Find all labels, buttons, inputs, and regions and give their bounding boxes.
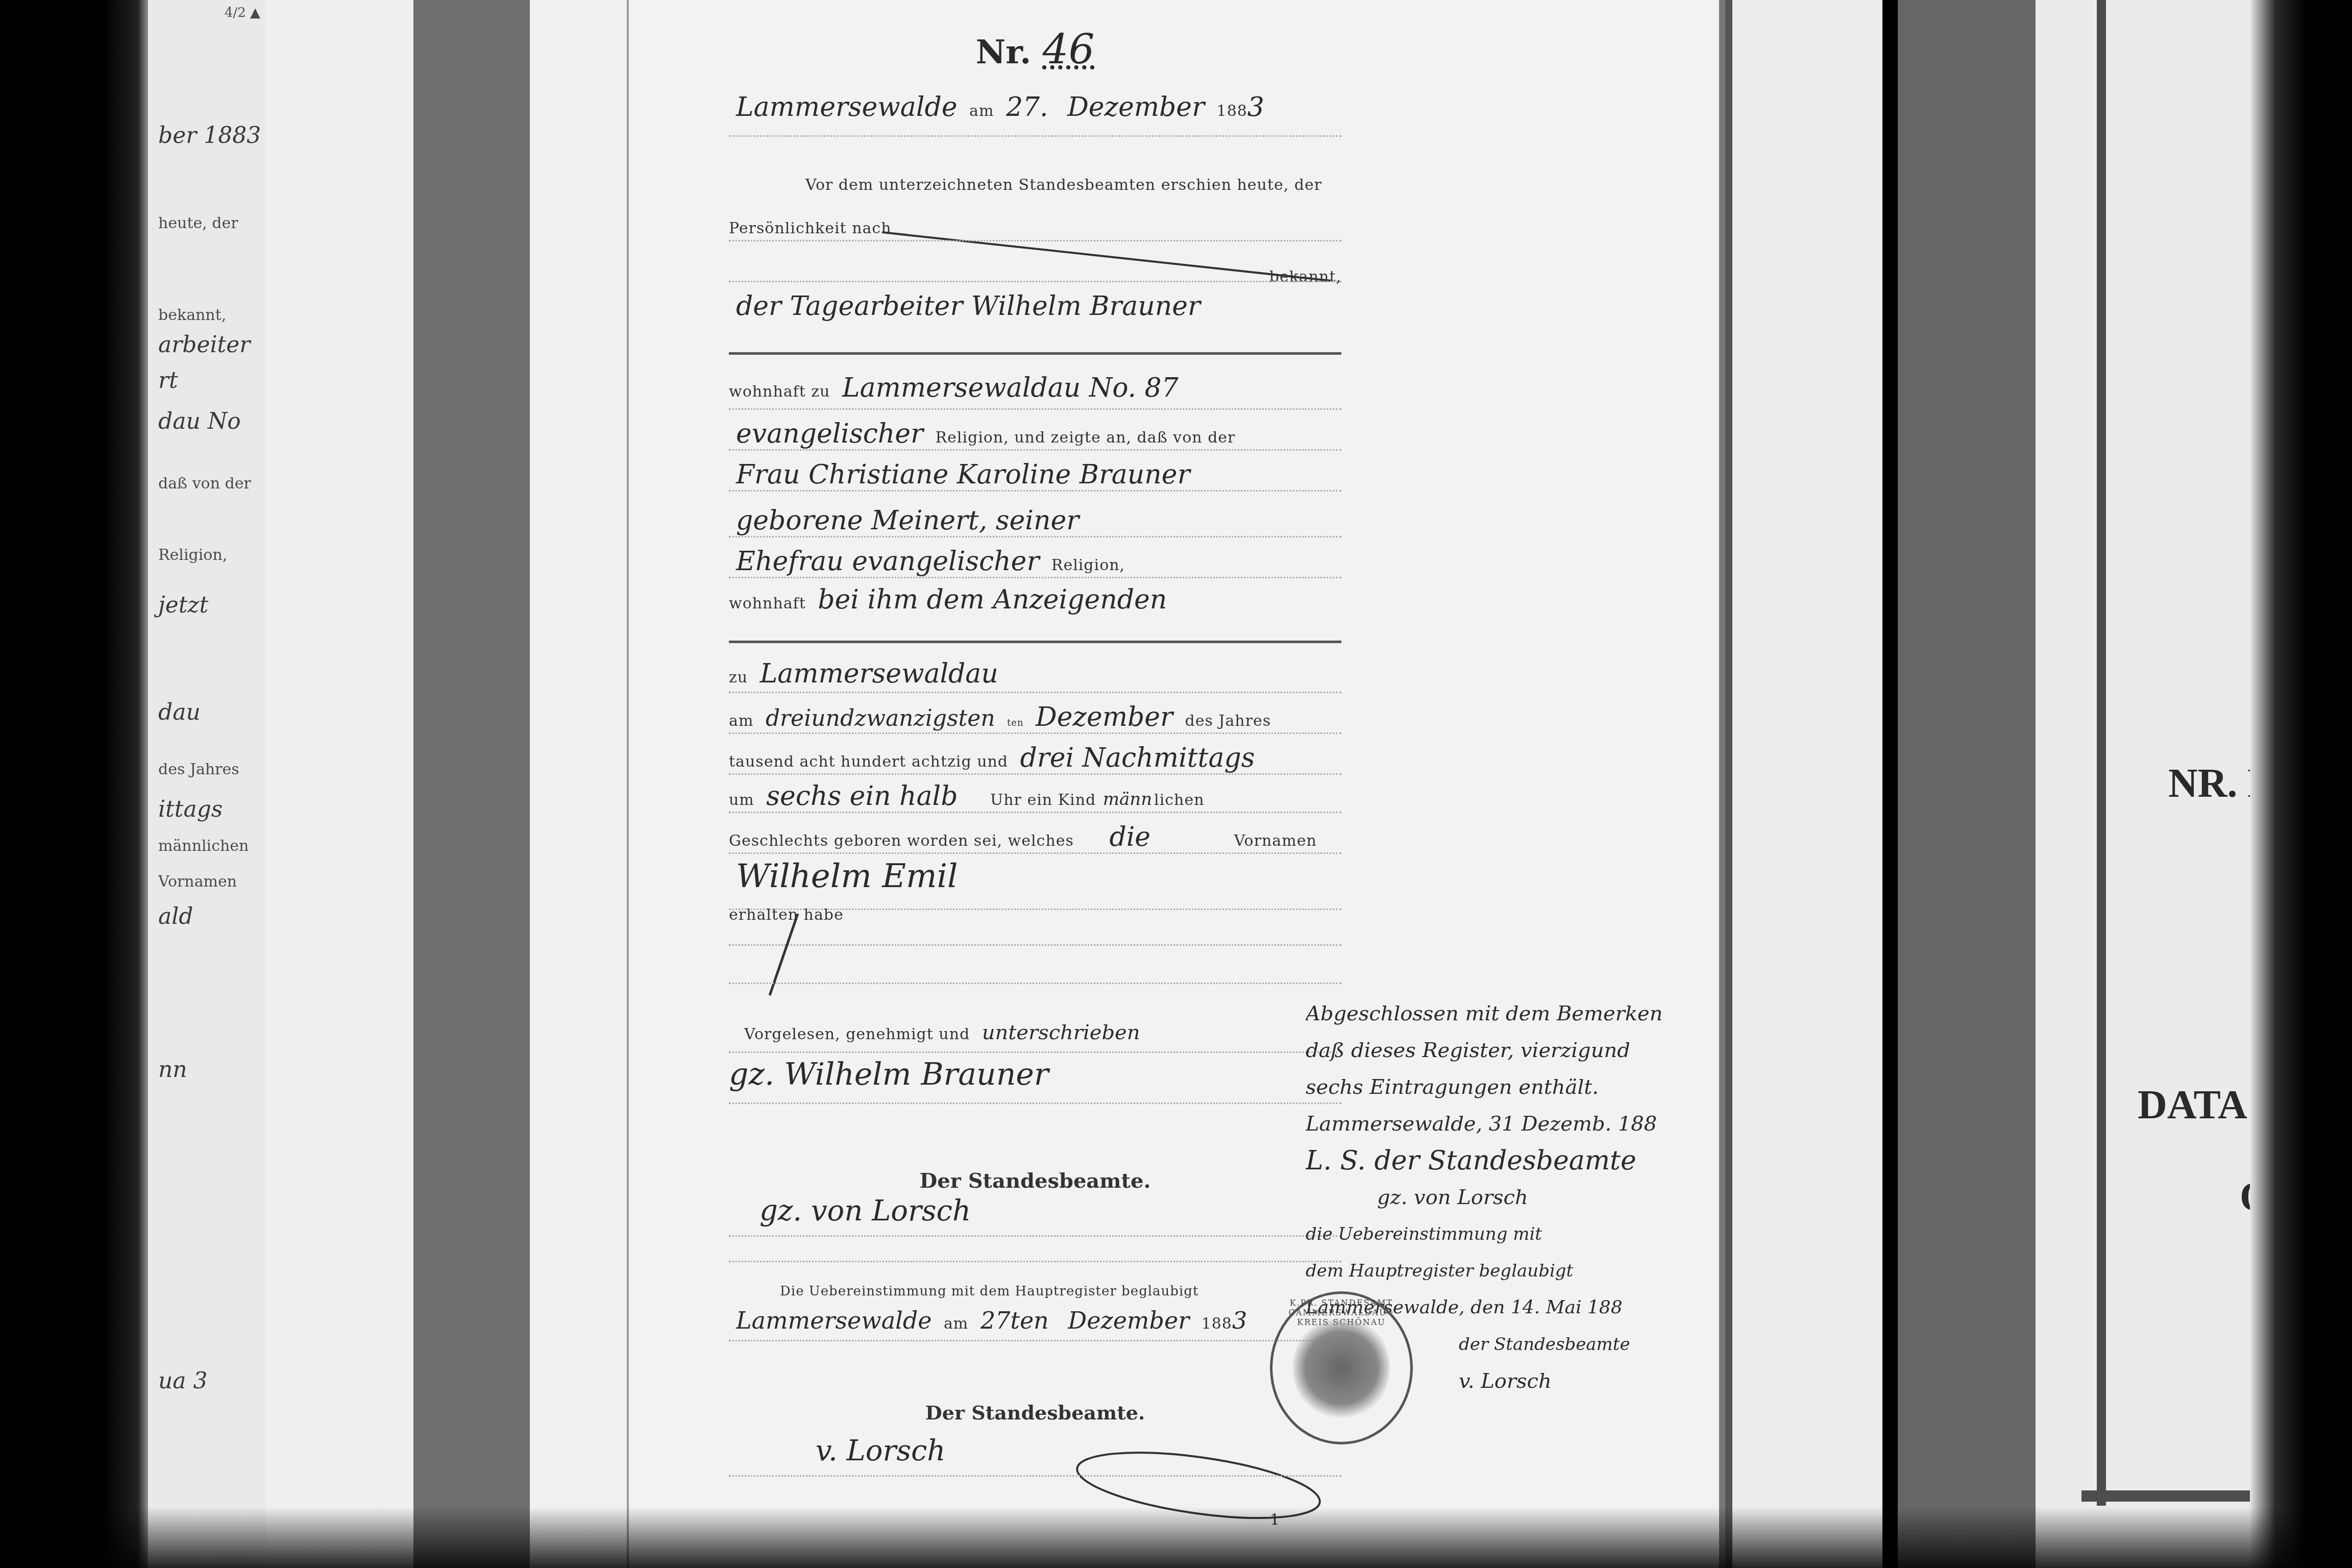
intro-text: Vor dem unterzeichneten Standesbeamten e… xyxy=(805,176,1322,194)
left-page-text-fragment: heute, der xyxy=(158,214,238,232)
dotted-rule xyxy=(729,1235,1341,1237)
blank-slash-mark xyxy=(765,914,805,1000)
dotted-rule xyxy=(729,536,1341,537)
mother-maiden-name: geborene Meinert, seiner xyxy=(736,505,1079,536)
birthplace-line: zu Lammersewaldau xyxy=(729,658,1341,689)
birth-time: sechs ein halb xyxy=(766,781,958,812)
eagle-seal-icon xyxy=(1293,1314,1390,1422)
dotted-rule xyxy=(729,577,1341,578)
birthplace-label: zu xyxy=(729,669,748,687)
dotted-rule xyxy=(729,773,1341,775)
left-page-text-fragment: dau No xyxy=(158,408,241,434)
sex-line-text: Geschlechts geboren worden sei, welches xyxy=(729,832,1074,850)
dotted-rule xyxy=(729,281,1341,282)
left-page-text-fragment: bekannt, xyxy=(158,306,226,324)
form-heading-nr: NR. M xyxy=(2168,761,2260,807)
dotted-rule xyxy=(729,852,1341,854)
birth-year-time-of-day: drei Nachmittags xyxy=(1020,743,1255,773)
time-text: Uhr ein Kind xyxy=(990,791,1096,809)
dotted-rule xyxy=(729,1051,1341,1053)
birthplace: Lammersewaldau xyxy=(760,658,998,689)
read-approved-label: Vorgelesen, genehmigt und xyxy=(744,1025,970,1043)
certification-month: Dezember xyxy=(1068,1307,1189,1334)
left-page-text-fragment: Vornamen xyxy=(158,873,237,891)
binding-shadow-band-right xyxy=(1898,0,2036,1568)
birth-month: Dezember xyxy=(1036,702,1173,732)
year-suffix: 3 xyxy=(1247,92,1264,122)
left-page-text-fragment: daß von der xyxy=(158,475,251,493)
cert-place-date-line: Lammersewalde am 27ten Dezember 1883 xyxy=(729,1307,1341,1334)
dotted-rule xyxy=(729,408,1341,410)
form-frame-vertical xyxy=(2097,0,2106,1506)
left-page-text-fragment: Religion, xyxy=(158,546,227,564)
dotted-rule xyxy=(729,490,1341,492)
page-gap-strip xyxy=(530,0,627,1568)
residence-2-label: wohnhaft xyxy=(729,595,806,612)
mother-residence: bei ihm dem Anzeigenden xyxy=(818,584,1167,615)
year-prefix: 188 xyxy=(1217,102,1247,120)
left-page-text-fragment: dau xyxy=(158,699,201,725)
margin-note-line: gz. von Lorsch xyxy=(1306,1179,1745,1216)
intro-line: Vor dem unterzeichneten Standesbeamten e… xyxy=(729,176,1418,194)
registrar-title-2: Der Standesbeamte. xyxy=(729,1401,1341,1424)
registration-day: 27. xyxy=(1006,92,1048,122)
names-label: Vornamen xyxy=(1234,832,1317,850)
section-rule xyxy=(729,352,1341,355)
entry-number-label: Nr. xyxy=(976,33,1032,71)
time-label: um xyxy=(729,791,754,809)
margin-note-line: die Uebereinstimmung mit xyxy=(1306,1216,1745,1253)
signed-word: unterschrieben xyxy=(982,1021,1140,1044)
official-seal-stamp: K.PR. STANDESAMT CAMMERSWALDAU · KREIS S… xyxy=(1270,1291,1413,1444)
dotted-rule xyxy=(729,1102,1341,1104)
left-page-text-fragment: rt xyxy=(158,367,178,394)
page-left-edge xyxy=(627,0,629,1568)
registrar-title: Der Standesbeamte. xyxy=(729,1169,1341,1193)
film-edge-left xyxy=(0,0,153,1568)
label-am: am xyxy=(969,102,994,120)
birth-register-page: Nr. 46 Lammersewalde am 27. Dezember 188… xyxy=(627,0,1729,1568)
informant-religion: evangelischer xyxy=(736,419,923,449)
entry-number: Nr. 46 xyxy=(729,26,1341,73)
child-names-line: Wilhelm Emil xyxy=(729,857,1341,895)
left-page-text-fragment: nn xyxy=(158,1057,187,1083)
margin-note-line: L. S. der Standesbeamte xyxy=(1306,1142,1745,1179)
child-sex: männ xyxy=(1103,789,1152,810)
mother-line-3: Ehefrau evangelischer Religion, xyxy=(729,546,1341,577)
dotted-rule xyxy=(729,732,1341,734)
left-page-text-fragment: arbeiter xyxy=(158,332,250,358)
identity-text: Persönlichkeit nach xyxy=(729,219,891,237)
certification-text: Die Uebereinstimmung mit dem Hauptregist… xyxy=(780,1284,1198,1299)
residence-2-line: wohnhaft bei ihm dem Anzeigenden xyxy=(729,584,1341,615)
film-edge-bottom xyxy=(0,1507,2352,1568)
registration-place: Lammersewalde xyxy=(736,92,957,122)
religion-label: Religion, xyxy=(1051,556,1125,574)
religion-text: Religion, und zeigte an, daß von der xyxy=(935,429,1235,447)
year-label: des Jahres xyxy=(1185,712,1271,730)
dotted-rule xyxy=(729,1340,1341,1341)
left-page-text-fragment: ber 1883 xyxy=(158,122,261,149)
left-page-text-fragment: ua 3 xyxy=(158,1368,208,1394)
film-edge-right xyxy=(2250,0,2352,1568)
place-date-line: Lammersewalde am 27. Dezember 1883 xyxy=(729,92,1341,122)
left-page-text-fragment: männlichen xyxy=(158,837,249,855)
left-page-text-fragment: jetzt xyxy=(158,592,208,618)
left-page-fragment: 4/2 ▲ ber 1883heute, derbekannt,arbeiter… xyxy=(148,0,265,1568)
dotted-rule xyxy=(729,449,1341,451)
margin-note-line: dem Hauptregister beglaubigt xyxy=(1306,1253,1745,1289)
form-heading-data: DATA W xyxy=(2138,1082,2260,1129)
birth-time-line: um sechs ein halb Uhr ein Kind männliche… xyxy=(729,781,1341,812)
certification-line: Die Uebereinstimmung mit dem Hauptregist… xyxy=(729,1284,1392,1299)
registrar-signature: gz. von Lorsch xyxy=(759,1194,971,1228)
identity-end-line: bekannt, xyxy=(729,268,1341,286)
birthdate-line: am dreiundzwanzigsten ten Dezember des J… xyxy=(729,702,1341,732)
page-gap-strip xyxy=(1729,0,1882,1568)
margin-note-line: Abgeschlossen mit dem Bemerken xyxy=(1306,995,1745,1032)
informant-name: der Tagearbeiter Wilhelm Brauner xyxy=(736,291,1200,322)
dotted-rule xyxy=(729,692,1341,693)
margin-note-line: daß dieses Register, vierzigund xyxy=(1306,1032,1745,1069)
religion-line: evangelischer Religion, und zeigte an, d… xyxy=(729,419,1341,449)
page-gap-strip xyxy=(265,0,413,1568)
right-page-form: NR. M DATA W O A O xyxy=(2036,0,2260,1568)
dotted-rule xyxy=(729,983,1341,984)
margin-note-line: sechs Eintragungen enthält. xyxy=(1306,1069,1745,1106)
birth-day: dreiundzwanzigsten xyxy=(766,705,995,731)
ordinal-suffix: ten xyxy=(1007,718,1023,728)
birthdate-label: am xyxy=(729,712,753,730)
informant-residence: Lammersewaldau No. 87 xyxy=(842,373,1179,403)
dotted-rule xyxy=(729,1261,1341,1262)
dotted-rule xyxy=(729,135,1341,137)
residence-line: wohnhaft zu Lammersewaldau No. 87 xyxy=(729,373,1341,403)
registration-month: Dezember xyxy=(1067,92,1205,122)
certification-place: Lammersewalde xyxy=(736,1307,932,1334)
year-suffix: 3 xyxy=(1232,1307,1247,1334)
certification-day: 27ten xyxy=(981,1307,1049,1334)
read-approved-line: Vorgelesen, genehmigt und unterschrieben xyxy=(729,1021,1357,1044)
dotted-rule xyxy=(729,1475,1341,1477)
informant-signature: gz. Wilhelm Brauner xyxy=(729,1057,1048,1092)
names-line: Geschlechts geboren worden sei, welches … xyxy=(729,822,1341,852)
entry-number-value: 46 xyxy=(1043,26,1095,73)
left-page-text-fragment: ald xyxy=(158,903,193,929)
dotted-rule xyxy=(729,812,1341,813)
residence-label: wohnhaft zu xyxy=(729,383,830,401)
sex-suffix: lichen xyxy=(1154,791,1204,809)
binding-shadow-band-left xyxy=(413,0,530,1568)
mother-name: Frau Christiane Karoline Brauner xyxy=(736,459,1190,490)
section-rule xyxy=(729,641,1341,643)
mother-line-2: geborene Meinert, seiner xyxy=(729,505,1341,536)
form-frame-horizontal xyxy=(2081,1490,2260,1502)
names-article: die xyxy=(1109,822,1150,852)
dotted-rule xyxy=(729,944,1341,946)
mother-religion: Ehefrau evangelischer xyxy=(736,546,1039,577)
registrar-signature-2: v. Lorsch xyxy=(816,1434,945,1467)
left-page-text-fragment: ittags xyxy=(158,796,223,822)
year-words-print: tausend acht hundert achtzig und xyxy=(729,753,1008,771)
label-am: am xyxy=(944,1315,968,1333)
margin-note-line: Lammersewalde, 31 Dezemb. 188 xyxy=(1306,1106,1745,1142)
received-line: erhalten habe xyxy=(729,906,1341,924)
identity-end-text: bekannt, xyxy=(1269,268,1341,286)
left-page-text-fragment: des Jahres xyxy=(158,761,239,778)
page-mark: 4/2 ▲ xyxy=(225,5,260,20)
informant-line: der Tagearbeiter Wilhelm Brauner xyxy=(729,291,1341,322)
year-prefix: 188 xyxy=(1202,1315,1232,1333)
mother-line-1: Frau Christiane Karoline Brauner xyxy=(729,459,1341,490)
dotted-rule xyxy=(729,240,1341,241)
birth-year-line: tausend acht hundert achtzig und drei Na… xyxy=(729,743,1341,773)
child-given-names: Wilhelm Emil xyxy=(736,857,958,895)
page-divider-line xyxy=(1725,0,1732,1568)
